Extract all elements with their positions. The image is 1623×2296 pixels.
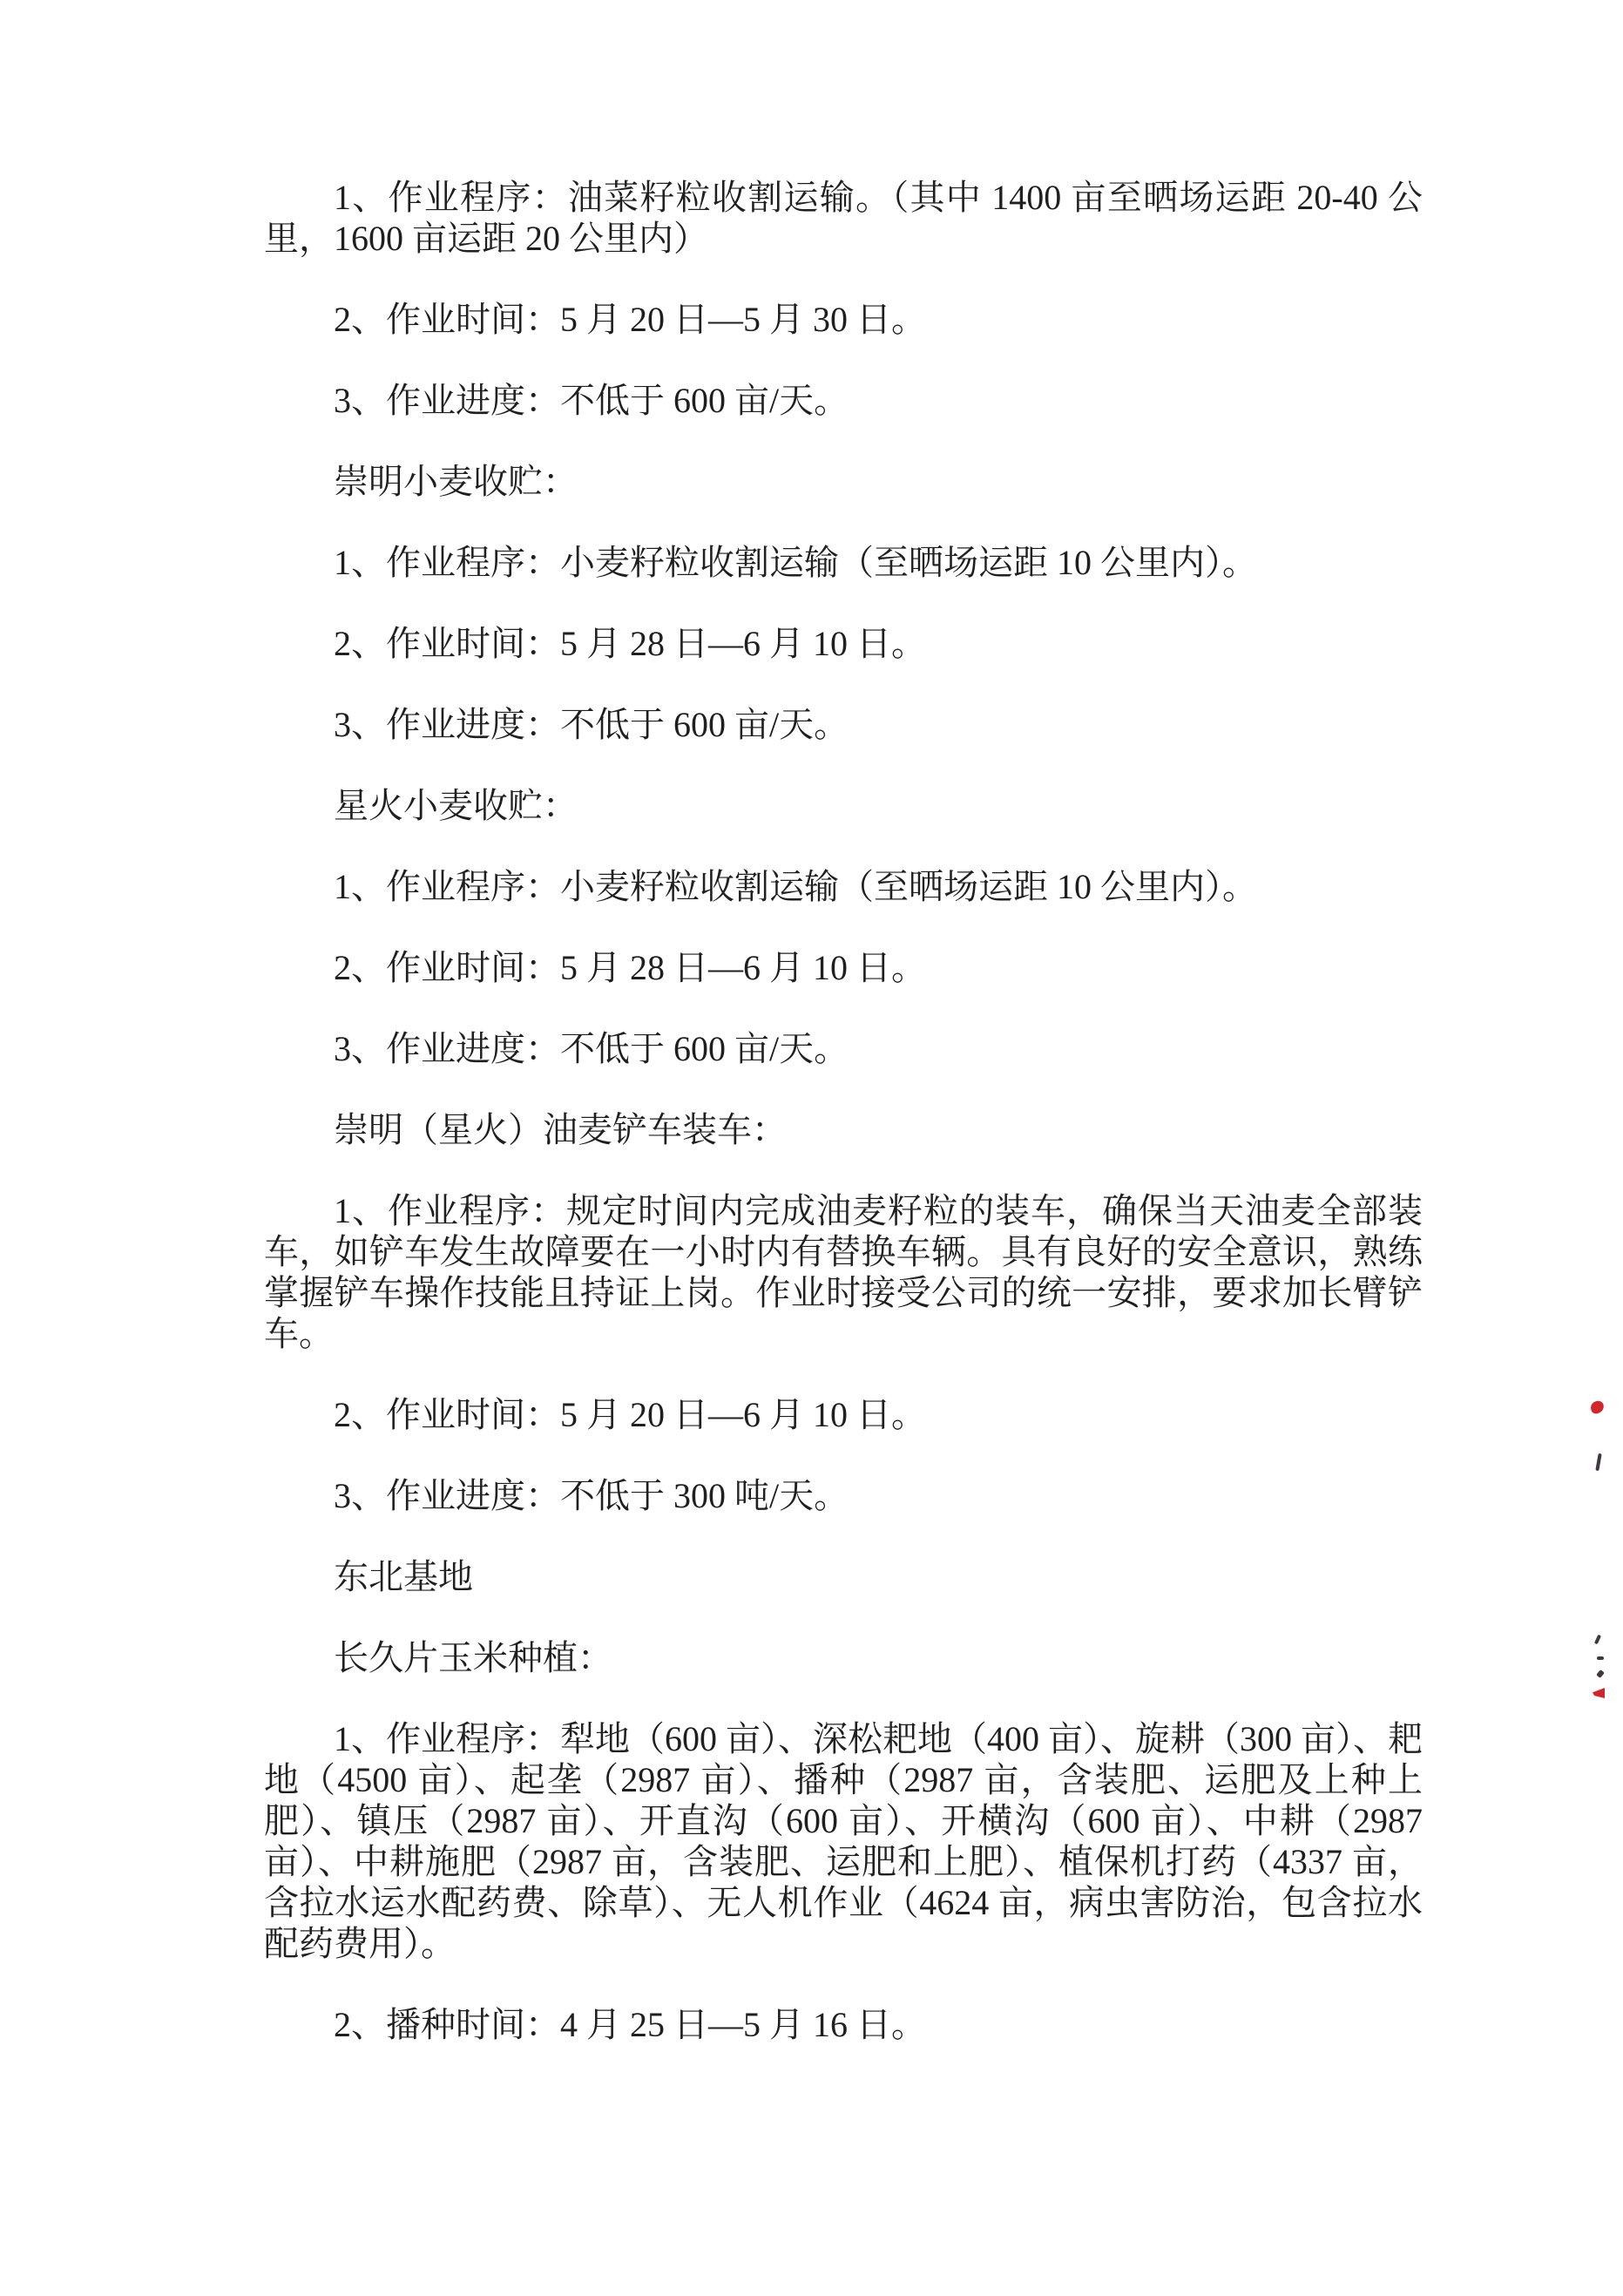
para-chongming-wheat-procedure: 1、作业程序：小麦籽粒收割运输（至晒场运距 10 公里内）。 [264, 542, 1423, 583]
pen-slash-mark-small [1594, 1635, 1601, 1645]
heading-changjiu-corn: 长久片玉米种植： [264, 1637, 1423, 1678]
document-page: 1、作业程序：油菜籽粒收割运输。（其中 1400 亩至晒场运距 20-40 公里… [0, 0, 1623, 2296]
red-ink-mark [1590, 1400, 1606, 1415]
heading-northeast-base: 东北基地 [264, 1556, 1423, 1597]
ink-speck-small [1596, 1670, 1605, 1678]
heading-loader-loading: 崇明（星火）油麦铲车装车： [264, 1109, 1423, 1150]
para-loader-progress: 3、作业进度：不低于 300 吨/天。 [264, 1475, 1423, 1516]
para-rapeseed-procedure: 1、作业程序：油菜籽粒收割运输。（其中 1400 亩至晒场运距 20-40 公里… [264, 177, 1423, 259]
para-xinghuo-wheat-progress: 3、作业进度：不低于 600 亩/天。 [264, 1028, 1423, 1069]
para-corn-sowing-time: 2、播种时间：4 月 25 日—5 月 16 日。 [264, 2004, 1423, 2045]
para-rapeseed-progress: 3、作业进度：不低于 600 亩/天。 [264, 380, 1423, 421]
heading-chongming-wheat: 崇明小麦收贮： [264, 461, 1423, 502]
para-chongming-wheat-progress: 3、作业进度：不低于 600 亩/天。 [264, 704, 1423, 745]
para-corn-procedure: 1、作业程序：犁地（600 亩）、深松耙地（400 亩）、旋耕（300 亩）、耙… [264, 1718, 1423, 1964]
para-xinghuo-wheat-procedure: 1、作业程序：小麦籽粒收割运输（至晒场运距 10 公里内）。 [264, 866, 1423, 907]
para-rapeseed-time: 2、作业时间：5 月 20 日—5 月 30 日。 [264, 299, 1423, 340]
para-loader-time: 2、作业时间：5 月 20 日—6 月 10 日。 [264, 1394, 1423, 1435]
para-chongming-wheat-time: 2、作业时间：5 月 28 日—6 月 10 日。 [264, 623, 1423, 664]
heading-xinghuo-wheat: 星火小麦收贮： [264, 785, 1423, 826]
document-body: 1、作业程序：油菜籽粒收割运输。（其中 1400 亩至晒场运距 20-40 公里… [264, 177, 1423, 2085]
red-tick-mark [1593, 1688, 1605, 1698]
pen-slash-mark [1595, 1453, 1601, 1471]
para-loader-procedure: 1、作业程序：规定时间内完成油麦籽粒的装车，确保当天油麦全部装车，如铲车发生故障… [264, 1190, 1423, 1354]
para-xinghuo-wheat-time: 2、作业时间：5 月 28 日—6 月 10 日。 [264, 947, 1423, 988]
ink-speck [1597, 1656, 1604, 1660]
